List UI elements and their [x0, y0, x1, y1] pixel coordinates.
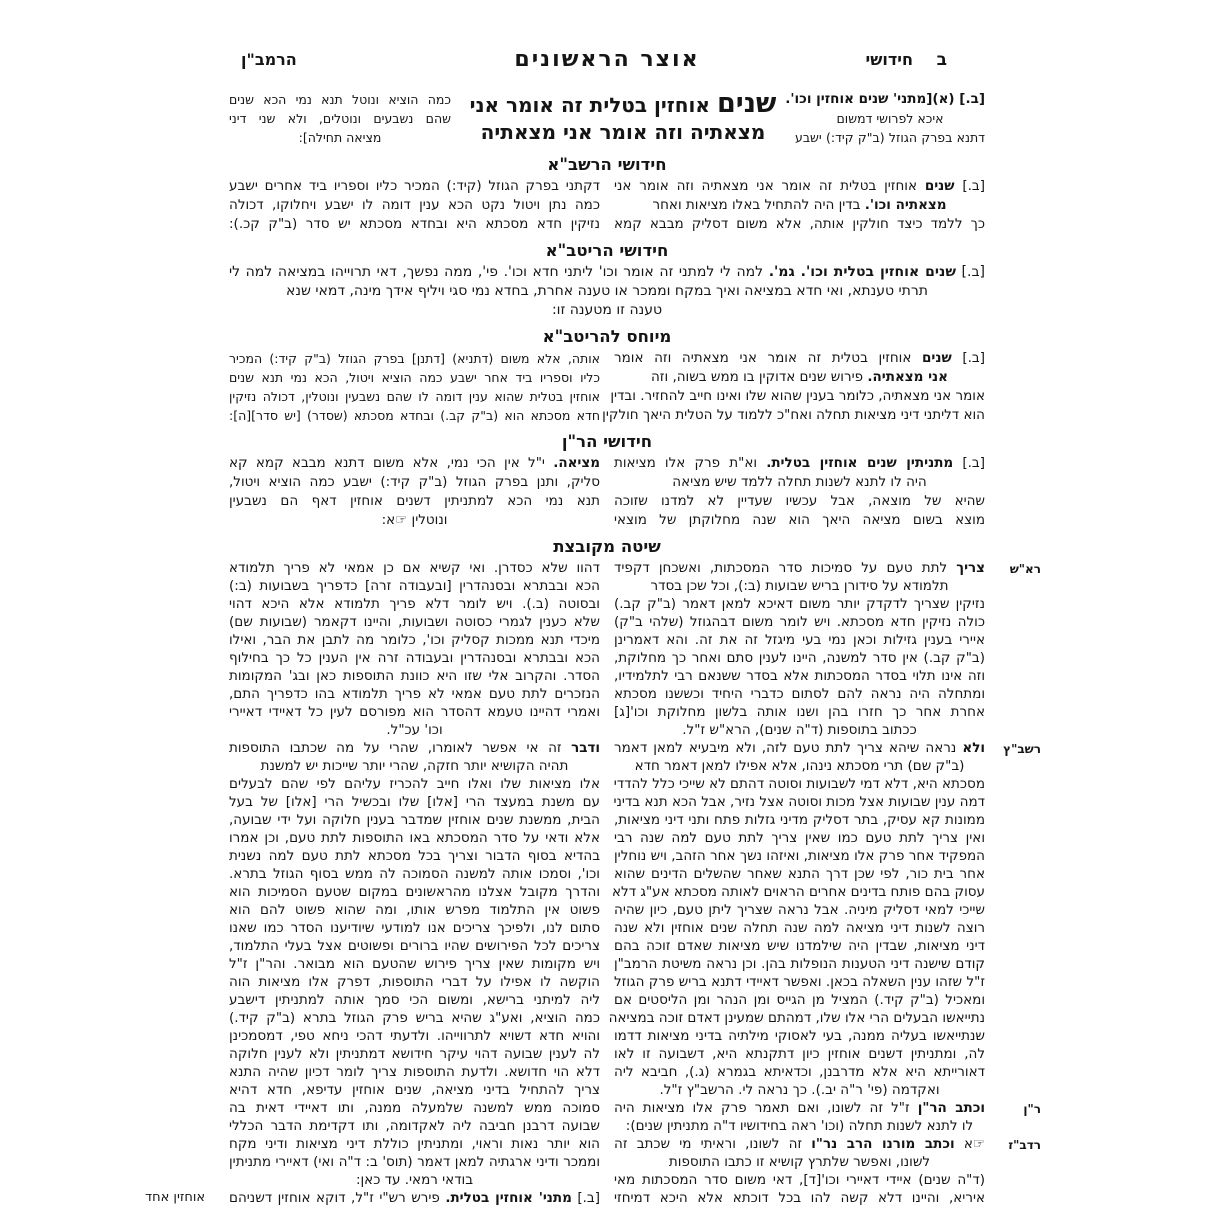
ran-right-column: [ב.] מתניתין שנים אוחזין בטלית. וא"ת פרק… [614, 454, 985, 530]
text-line: דהוו שלא כסדרן. ואי קשיא אם כן אמאי לא פ… [229, 559, 600, 577]
text-line: ומאכיל (ב"ק קיד.) המציל מן הגייס ומן הנה… [614, 991, 985, 1009]
margin-author-label: רא"ש [1010, 560, 1041, 578]
ran-columns: [ב.] מתניתין שנים אוחזין בטלית. וא"ת פרק… [229, 454, 985, 530]
text-line: הנזכרים לתת טעם אמאי לא פריך תלמודא בהו … [229, 685, 600, 703]
text-line: ממונות קא עסיק, בתר דסליק מדיני גזלות פת… [614, 811, 985, 829]
folio-letter: ב [937, 50, 947, 70]
text-line: (ד"ה שנים) איידי דאיירי וכו'[ד], דאי משו… [614, 1171, 985, 1189]
text-line: דתנא בפרק הגוזל (ב"ק קיד:) ישבע [795, 128, 985, 147]
text-line: הוא דליתני דיני מציאות תחלה ואח"כ ללמוד … [614, 406, 985, 425]
dibur-hamatchil: אני מצאתיה. [867, 369, 948, 385]
text-line: שבועה דרבנן חביבה ליה לאקדומה, ותו דקדימ… [229, 1117, 600, 1135]
dibur-hamatchil: צריך [956, 560, 985, 576]
text-line: לה לענין שבועה דהוי עיקר חידושא דמתניתין… [229, 1045, 600, 1063]
section-ritva: חידושי הריטב"א [ב.] שנים אוחזין בטלית וכ… [229, 241, 985, 320]
text-line: דלא הוי חדושא. ולדעת התוספות צריך לומר ד… [229, 1063, 600, 1081]
text-line: [ב.] שנים אוחזין בטלית וכו'. גמ'. למה לי… [229, 263, 985, 282]
dibur-hamatchil: ודבר [571, 740, 600, 756]
text-line: פשוט אין התלמוד מפרש אותו, ומה שהוא פשוט… [229, 901, 600, 919]
text-line: ובסוטה (ב.). ויש לומר דלא פריך תלמודא אל… [229, 595, 600, 613]
dibur-hamatchil: וכתב מורנו הרב נר"ו [811, 1136, 954, 1152]
text-line: אני מצאתיה. פירוש שנים אדוקין בו ממש בשו… [614, 368, 985, 387]
book-title: אוצר הראשונים [514, 47, 699, 72]
margin-author-label: רדב"ז [1008, 1136, 1041, 1154]
dibur-hamatchil: שנים [922, 350, 952, 366]
text-line: ליה למיתני ברישא, ומשום הכי סמך אותה למת… [229, 991, 600, 1009]
text-line: ודבר זה אי אפשר לאומרו, שהרי על מה שכתבו… [229, 739, 600, 757]
text-line: [ב.] שנים אוחזין בטלית זה אומר אני מצאתי… [614, 177, 985, 196]
text-line: בהדיא בסוף הדבור וצריך בכל מסכתא לתת טעם… [229, 847, 600, 865]
text-line: כליו וספריו ביד אחר ישבע כמה הוציא ויטול… [229, 368, 600, 387]
section-heading-meyuchas: מיוחס להריטב"א [229, 327, 985, 346]
text-line: אחר בית כור, לפי שכן דרך התנא שאחר שהשלי… [614, 865, 985, 883]
text-line: דאורייתא היא אלא מדרבנן, וכדאיתא בגמרא (… [614, 1063, 985, 1081]
text-line: והדרך מקובל אצלנו מהראשונים במקום שטעם ה… [229, 883, 600, 901]
text-line: ז"ל שזהו ענין השאלה בכאן. ואפשר דאיידי ד… [614, 973, 985, 991]
text-line: הוא יותר נאות וראוי, ומתניתין כוללת דיני… [229, 1135, 600, 1153]
text-line: אחרת אחר כך חזרו בהן ושנו אותה בלשון מחל… [614, 703, 985, 721]
text-line: וכו' עכ"ל. [229, 721, 600, 739]
shita-columns: צריך לתת טעם על סמיכות סדר המסכתות, ואשכ… [229, 559, 985, 1207]
text-line: ומתחלה היה נראה להם לסתום כדברי היחיד וכ… [614, 685, 985, 703]
text-line: ואין צריך לתת טעם כמו שאין צריך לתת טעם … [614, 829, 985, 847]
text-line: לה, ומתניתין דשנים אוחזין כיון דתקנתא הי… [614, 1045, 985, 1063]
running-header-left: הרמב"ן [241, 50, 297, 69]
text-line: סתום לנו, ולפיכך צריכים אנו למודעי שיודי… [229, 919, 600, 937]
text-line: איירי בענין גזילות וכאן נמי בעי מיגזל זה… [614, 631, 985, 649]
text-line: טענה זו מטענה זו: [229, 301, 985, 320]
ran-left-column: מציאה. י"ל אין הכי נמי, אלא משום דתנא מב… [229, 454, 600, 530]
text-line: אותה, אלא משום (דתניא) [דתנן] בפרק הגוזל… [229, 349, 600, 368]
text-line: חדא מסכתא הוא (ב"ק קב.) ובחדא מסכתא (שסד… [229, 406, 600, 425]
text-line: (ב"ק שם) תרי מסכתא נינהו, אלא אפילו למאן… [614, 757, 985, 775]
meyuchas-right-column: [ב.] שנים אוחזין בטלית זה אומר אני מצאתי… [614, 349, 985, 425]
margin-author-label: ר"ן [1023, 1100, 1041, 1118]
section-heading-rashba: חידושי הרשב"א [229, 155, 985, 174]
text-line: המפקיד אחר פרק אלו מציאות, ואיזהו נשך אח… [614, 847, 985, 865]
text-line: (ב"ק קב.) אין סדר למשנה, היינו לענין סתם… [614, 649, 985, 667]
dibur-hamatchil: מתניתין שנים אוחזין בטלית. [766, 455, 953, 471]
text-line: וזה אינו תלוי בסדר המסכתות אלא בסדר ששנא… [614, 667, 985, 685]
text-line: וכתב הר"ן ז"ל זה לשונו, ואם תאמר פרק אלו… [614, 1099, 985, 1117]
text-line: כמה הוציא ונוטל תנא נמי הכא שנים [229, 90, 451, 109]
text-line: צריך להתחיל בדיני מציאה, שנים אוחזין עדי… [229, 1081, 600, 1099]
text-line: תלמודא על סידורן בריש שבועות (ב:), וכל ש… [614, 577, 985, 595]
text-line: לשונו, ואפשר שלתרץ קושיא זו כתבו התוספות [614, 1153, 985, 1171]
text-line: מסכתא היא, דלא דמי לשבועות וסוטה דהתם לא… [614, 775, 985, 793]
mishnah-line: שנים אוחזין בטלית זה אומר אני [467, 90, 779, 119]
text-line: שהיא של מוצאה, אבל עכשיו שעדיין לא למדנו… [614, 492, 985, 511]
text-line: [ב.] (א)[מתני' שנים אוחזין וכו'. [795, 90, 985, 109]
dibur-hamatchil: מצאתיה וכו'. [865, 197, 947, 213]
text-line: ויש מקומות שאין צריך פירוש שהטעם הוא מבו… [229, 955, 600, 973]
text-line: מוצא בשום מציאה היאך הוא שנה מחלוקתן של … [614, 511, 985, 530]
dibur-hamatchil: ולא [962, 740, 985, 756]
section-ran: חידושי הר"ן [ב.] מתניתין שנים אוחזין בטל… [229, 432, 985, 530]
dibur-hamatchil: מתני' אוחזין בטלית. [445, 1190, 572, 1206]
text-line: שנתייאשו בעליה ממנה, בעי לאסוקי מילתיה ב… [614, 1027, 985, 1045]
text-line: ואקדמה (פי' ר"ה יב.). כך נראה לי. הרשב"ץ… [614, 1081, 985, 1099]
page-content: ב חידושי אוצר הראשונים הרמב"ן [ב.] (א)[מ… [229, 50, 985, 1207]
text-line: והויא חדא דשויא לתרווייהו. ולדעתי דהכי נ… [229, 1027, 600, 1045]
text-line: כמה נתן ויטול נקט הכא ענין דומה לו ישבע … [229, 196, 600, 215]
text-line: דיני מציאות, שבדין היה שילמדנו שיש מציאו… [614, 937, 985, 955]
text-line: צריכים לכל הפירושים שהיו ברורים ופשוטים … [229, 937, 600, 955]
rashba-left-column: דקתני בפרק הגוזל (קיד:) המכיר כליו וספרי… [229, 177, 600, 234]
text-line: לו לתנא לשנות תחלה (וכו' ראה בחידושיו ד"… [614, 1117, 985, 1135]
section-shita-mekubetzet: שיטה מקובצת צריך לתת טעם על סמיכות סדר ה… [229, 537, 985, 1207]
text-line: מציאה. י"ל אין הכי נמי, אלא משום דתנא מב… [229, 454, 600, 473]
rashba-right-column: [ב.] שנים אוחזין בטלית זה אומר אני מצאתי… [614, 177, 985, 234]
section-heading-ran: חידושי הר"ן [229, 432, 985, 451]
text-line: ככתוב בתוספות (ד"ה שנים), הרא"ש ז"ל. [614, 721, 985, 739]
margin-author-label: רשב"ץ [1003, 740, 1041, 758]
text-line: תהיה הקושיא יותר חזקה, שהרי יותר שייכות … [229, 757, 600, 775]
text-line: הבית, ממשנת שנים אוחזין שמדבר בענין חלוק… [229, 811, 600, 829]
section-heading-shita: שיטה מקובצת [229, 537, 985, 556]
text-line: שלא כענין לגמרי כסוטה ושבועות, והיינו דק… [229, 613, 600, 631]
text-line: אומר אני מצאתיה, כלומר בענין שהוא שלו וא… [614, 387, 985, 406]
rashba-columns: [ב.] שנים אוחזין בטלית זה אומר אני מצאתי… [229, 177, 985, 234]
text-line: סמוכה ממש למשנה שלמעלה ממנה, ותו דאיידי … [229, 1099, 600, 1117]
text-line: אלא ודאי על סדר המסכתא באו התוספות לתת ט… [229, 829, 600, 847]
text-line: נתייאשו הבעלים הרי אלו שלו, דמהתם שמעינן… [614, 1009, 985, 1027]
text-line: דמה ענין שבועות אצל מכות וסוטה אצל נזיר,… [614, 793, 985, 811]
text-line: [ב.] מתניתין שנים אוחזין בטלית. וא"ת פרק… [614, 454, 985, 473]
text-line: שהם נשבעים ונוטלים, ולא שני דיני [229, 109, 451, 128]
shita-left-column: דהוו שלא כסדרן. ואי קשיא אם כן אמאי לא פ… [229, 559, 600, 1207]
section-rashba: חידושי הרשב"א [ב.] שנים אוחזין בטלית זה … [229, 155, 985, 234]
text-line: הסדר. והקרוב אלי שזו היא כוונת התוספות כ… [229, 667, 600, 685]
text-line: צריך לתת טעם על סמיכות סדר המסכתות, ואשכ… [614, 559, 985, 577]
ramban-right-column: [ב.] (א)[מתני' שנים אוחזין וכו'.איכא לפר… [795, 90, 985, 147]
text-line: הוקשה לו אפילו על דברי התוספות, דפרק אלו… [229, 973, 600, 991]
text-line: וכו', וסמכו אותה למשנה הסמוכה לה ממש בסו… [229, 865, 600, 883]
meyuchas-left-column: אותה, אלא משום (דתניא) [דתנן] בפרק הגוזל… [229, 349, 600, 425]
shita-right-column: צריך לתת טעם על סמיכות סדר המסכתות, ואשכ… [614, 559, 985, 1207]
text-line: הכא ובבתרא ובסנהדרין ובעבודה זרה אין הענ… [229, 649, 600, 667]
text-line: נזיקין שצריך לדקדק יותר משום דאיכא למאן … [614, 595, 985, 613]
text-line: בודאי רמאי. עד כאן: [229, 1171, 600, 1189]
text-line: מיכדי תנא ממכות קסליק וכו', כלומר מה לתב… [229, 631, 600, 649]
text-line: שייכי למאי דסליק מיניה. אבל נראה שצריך ל… [614, 901, 985, 919]
text-line: כמה הוציא, ואע"ג שהיא בריש פרק הגוזל בתר… [229, 1009, 600, 1027]
text-line: וממכר ודיני ארגתיה למאן דאמר (תוס' ב: ד"… [229, 1153, 600, 1171]
text-line: איכא לפרושי דמשום [795, 109, 985, 128]
mishnah-line-text: אוחזין בטלית זה אומר אני [470, 93, 710, 117]
text-line: [ב.] שנים אוחזין בטלית זה אומר אני מצאתי… [614, 349, 985, 368]
text-line: כך ללמד כיצד חולקין אותה, אלא משום דסליק… [614, 215, 985, 234]
text-line: סליק, ותנן בפרק הגוזל (ב"ק קיד:) ישבע כמ… [229, 473, 600, 492]
text-line: ולא נראה שיהא צריך לתת טעם לזה, ולא מיבע… [614, 739, 985, 757]
text-line: כולה נזיקין חדא מסכתא. ויש לומר משום דבה… [614, 613, 985, 631]
text-line: אלו מציאות שלו ואלו חייב להכריז עליהם לפ… [229, 775, 600, 793]
book-page: ב חידושי אוצר הראשונים הרמב"ן [ב.] (א)[מ… [0, 0, 1214, 1214]
text-line: היה לו לתנא לשנות תחלה ללמד שיש מציאה [614, 473, 985, 492]
text-line: איריא, והיינו דלא קשה להו בכל דוכתא אלא … [614, 1189, 985, 1207]
meyuchas-columns: [ב.] שנים אוחזין בטלית זה אומר אני מצאתי… [229, 349, 985, 425]
text-line: הכא ובבתרא ובסנהדרין [ובעבודה זרה] כדפרי… [229, 577, 600, 595]
text-line: מציאה תחילה]: [229, 128, 451, 147]
text-line: ☞א וכתב מורנו הרב נר"ו זה לשונו, וראיתי … [614, 1135, 985, 1153]
text-line: נזיקין חדא מסכתא היא ובחדא מסכתא יש סדר … [229, 215, 600, 234]
page-header: ב חידושי אוצר הראשונים הרמב"ן [229, 50, 985, 80]
text-line: ונוטלין ☞א: [229, 511, 600, 530]
text-line: עסוק בהם פותח בדינים אחרים הראוים לאותה … [614, 883, 985, 901]
mishnah-block: שנים אוחזין בטלית זה אומר אני מצאתיה וזה… [467, 90, 779, 147]
text-line: קודם שישנה דיני הטענות הנופלות בהן. וכן … [614, 955, 985, 973]
text-line: רוצה לשנות דיני מציאה למה שנה תחלה שנים … [614, 919, 985, 937]
text-line: תנא נמי הכא למתניתין דשנים אוחזין דאף הם… [229, 492, 600, 511]
running-header-right: חידושי [866, 50, 913, 69]
section-meyuchas-ritva: מיוחס להריטב"א [ב.] שנים אוחזין בטלית זה… [229, 327, 985, 425]
text-line: ואמרי דהיינו טעמא דהסדר הוא מפורסם לעין … [229, 703, 600, 721]
catchword: אוחזין אחד [145, 1189, 205, 1207]
text-line: דקתני בפרק הגוזל (קיד:) המכיר כליו וספרי… [229, 177, 600, 196]
text-line: עם משנת במעצד הרי [אלו] שלו ובכשיל הרי [… [229, 793, 600, 811]
dibur-hamatchil: שנים [925, 178, 955, 194]
section-heading-ritva: חידושי הריטב"א [229, 241, 985, 260]
text-line: מצאתיה וכו'. בדין היה להתחיל באלו מציאות… [614, 196, 985, 215]
mishnah-line: מצאתיה וזה אומר אני מצאתיה [467, 119, 779, 146]
ramban-top-block: [ב.] (א)[מתני' שנים אוחזין וכו'.איכא לפר… [229, 90, 985, 147]
text-line: תרתי טענתא, ואי חדא במציאה ואיך במקח וממ… [229, 282, 985, 301]
ritva-text: [ב.] שנים אוחזין בטלית וכו'. גמ'. למה לי… [229, 263, 985, 320]
mishnah-opening-word: שנים [717, 88, 776, 119]
text-line: אוחזין בטלית שהוא ענין דומה לו שהם נשבעי… [229, 387, 600, 406]
text-line: [ב.] מתני' אוחזין בטלית. פירש רש"י ז"ל, … [229, 1189, 600, 1207]
dibur-hamatchil: שנים אוחזין בטלית וכו'. גמ'. [769, 264, 956, 280]
ramban-left-column: כמה הוציא ונוטל תנא נמי הכא שניםשהם נשבע… [229, 90, 451, 147]
dibur-hamatchil: מציאה. [553, 455, 600, 471]
dibur-hamatchil: וכתב הר"ן [918, 1100, 985, 1116]
